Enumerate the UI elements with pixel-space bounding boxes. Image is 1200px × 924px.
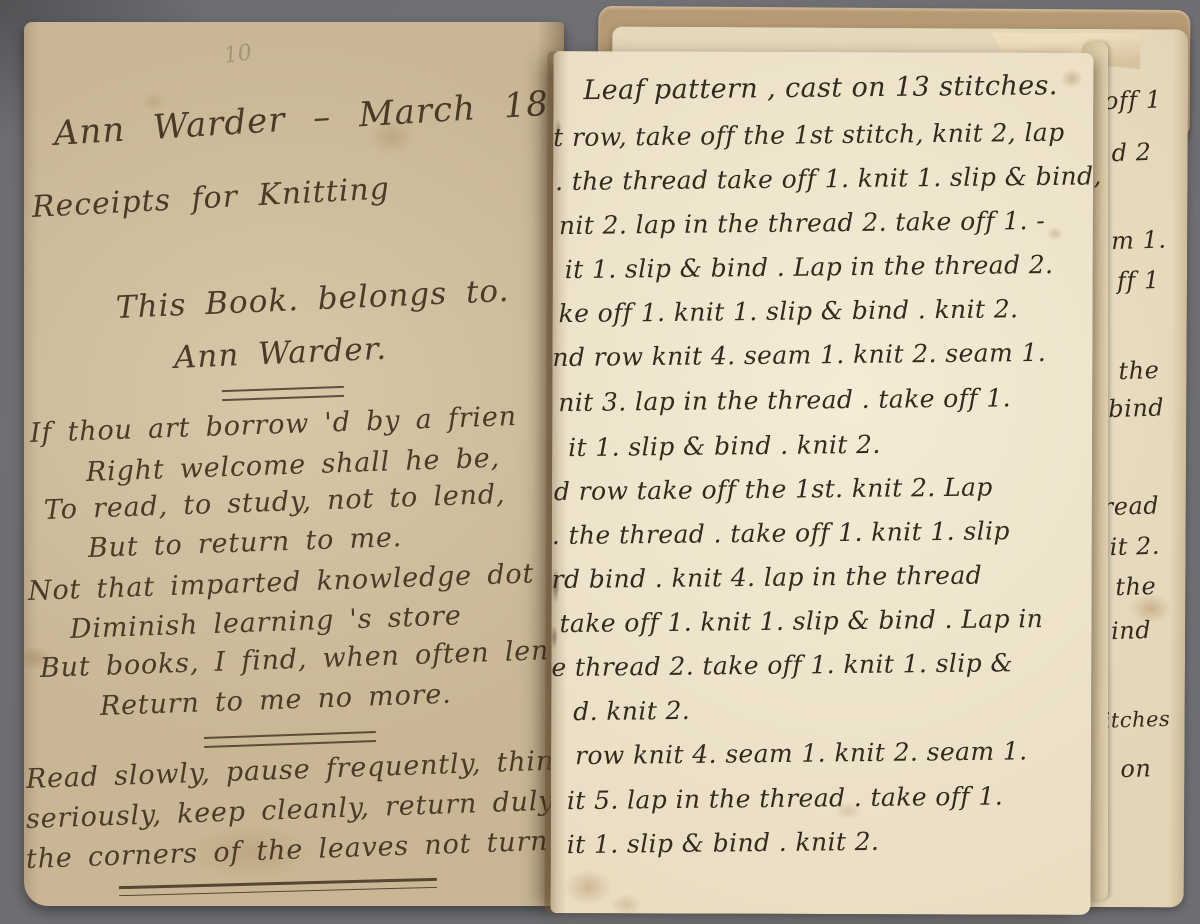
recipe-line: it 1. slip & bind . Lap in the thread 2. [565,250,1054,284]
page-edge-fragment: ind [1111,616,1152,645]
photo-background: off 1 d 2 m 1. ff 1 the bind read it 2. … [0,0,1200,924]
advice-line: the corners of the leaves not turn [25,826,548,875]
recipe-line: it 5. lap in the thread . take off 1. [567,782,1003,816]
recipe-line: nit 2. lap in the thread 2. take off 1. … [559,206,1045,240]
recipe-line: rd bind . knit 4. lap in the thread [552,561,983,595]
poem-line: Return to me no more. [99,679,452,722]
recipe-line: nd row knit 4. seam 1. knit 2. seam 1. [552,338,1046,372]
page-edge-fragment: bind [1108,393,1165,423]
double-underline [222,386,344,401]
recipe-title-line: Leaf pattern , cast on 13 stitches. [583,70,1058,106]
recipe-line: . the thread take off 1. knit 1. slip & … [555,161,1102,196]
title-line: Receipts for Knitting [31,171,391,225]
poem-line: But to return to me. [87,522,402,564]
flourish-underline [119,878,437,896]
page-edge-fragment: off 1 [1104,85,1162,115]
left-page: 10 Ann Warder – March 18 Receipts for Kn… [24,22,564,906]
page-edge-fragment: the [1118,356,1160,385]
recipe-line: it 1. slip & bind . knit 2. [568,430,881,462]
page-edge-fragment: on [1120,754,1152,783]
recipe-line: ke off 1. knit 1. slip & bind . knit 2. [558,294,1018,328]
poem-line: If thou art borrow 'd by a frien [29,401,517,449]
poem-line: Diminish learning 's store [69,600,462,645]
page-edge-fragment: ff 1 [1117,266,1160,295]
recipe-line: t row, take off the 1st stitch, knit 2, … [553,118,1065,152]
belongs-line: This Book. belongs to. [115,273,510,326]
recipe-line: take off 1. knit 1. slip & bind . Lap in [559,604,1043,638]
recipe-line: d row take off the 1st. knit 2. Lap [554,472,993,506]
page-edge-fragment: m 1. [1111,225,1167,255]
right-page: Leaf pattern , cast on 13 stitches. t ro… [550,51,1093,915]
pencil-page-number: 10 [222,40,253,69]
page-edge-fragment: read [1101,491,1159,521]
double-underline [204,731,376,748]
recipe-line: it 1. slip & bind . knit 2. [567,827,880,859]
page-edge-fragment: it 2. [1109,532,1160,561]
recipe-line: d. knit 2. [573,696,690,726]
recipe-line: row knit 4. seam 1. knit 2. seam 1. [575,736,1028,770]
owner-line: Ann Warder – March 18 [53,84,550,154]
page-edge-fragment: the [1115,572,1157,601]
recipe-line: . the thread . take off 1. knit 1. slip [552,516,1010,550]
page-edge-fragment: d 2 [1111,138,1152,167]
belongs-line: Ann Warder. [173,331,387,376]
recipe-line: e thread 2. take off 1. knit 1. slip & [551,648,1013,682]
recipe-line: nit 3. lap in the thread . take off 1. [558,383,1011,417]
